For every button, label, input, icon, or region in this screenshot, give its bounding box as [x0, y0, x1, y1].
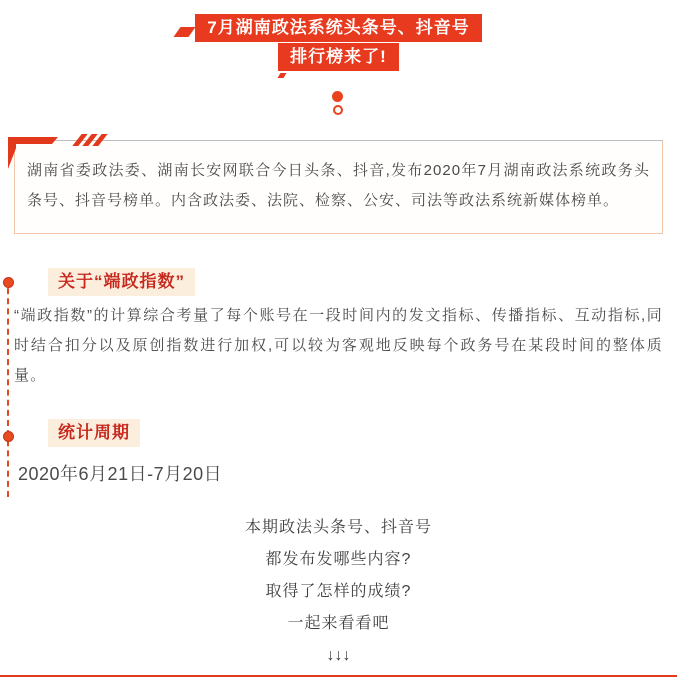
ribbon-fold-icon	[174, 27, 196, 37]
intro-top-rule	[55, 140, 663, 141]
title-line-1: 7月湖南政法系统头条号、抖音号	[207, 18, 469, 37]
section-body-stat-period: 2020年6月21日-7月20日	[18, 460, 222, 486]
section-title-about-index: 关于“端政指数”	[48, 268, 195, 296]
slashes-icon	[77, 134, 103, 146]
title-banner-1: 7月湖南政法系统头条号、抖音号	[195, 14, 481, 42]
intro-box: 湖南省委政法委、湖南长安网联合今日头条、抖音,发布2020年7月湖南政法系统政务…	[14, 140, 663, 234]
article-page: 7月湖南政法系统头条号、抖音号 排行榜来了! 湖南省委政法委、湖南长安网联合今日…	[0, 0, 677, 677]
divider-dot-hollow-icon	[333, 105, 343, 115]
outro-line-3: 取得了怎样的成绩?	[0, 582, 677, 601]
title-banner-2: 排行榜来了!	[278, 43, 399, 71]
outro-block: 本期政法头条号、抖音号 都发布发哪些内容? 取得了怎样的成绩? 一起来看看吧 ↓…	[0, 518, 677, 677]
timeline-bullet-icon	[3, 431, 14, 442]
outro-line-4: 一起来看看吧	[0, 614, 677, 633]
outro-line-1: 本期政法头条号、抖音号	[0, 518, 677, 537]
title-banner-row-2: 排行榜来了!	[0, 43, 677, 71]
section-body-about-index: “端政指数”的计算综合考量了每个账号在一段时间内的发文指标、传播指标、互动指标,…	[14, 301, 663, 391]
corner-wedge-icon	[8, 137, 16, 169]
down-arrows-icon: ↓↓↓	[0, 646, 677, 665]
outro-line-2: 都发布发哪些内容?	[0, 550, 677, 569]
section-title-stat-period: 统计周期	[48, 419, 140, 447]
timeline-bullet-icon	[3, 277, 14, 288]
title-banner-row-1: 7月湖南政法系统头条号、抖音号	[0, 14, 677, 42]
timeline-dashed-line	[7, 278, 9, 497]
intro-text: 湖南省委政法委、湖南长安网联合今日头条、抖音,发布2020年7月湖南政法系统政务…	[27, 156, 650, 216]
ribbon-fold-small-icon	[278, 73, 287, 78]
title-line-2: 排行榜来了!	[290, 47, 387, 66]
divider-dot-filled-icon	[332, 91, 343, 102]
